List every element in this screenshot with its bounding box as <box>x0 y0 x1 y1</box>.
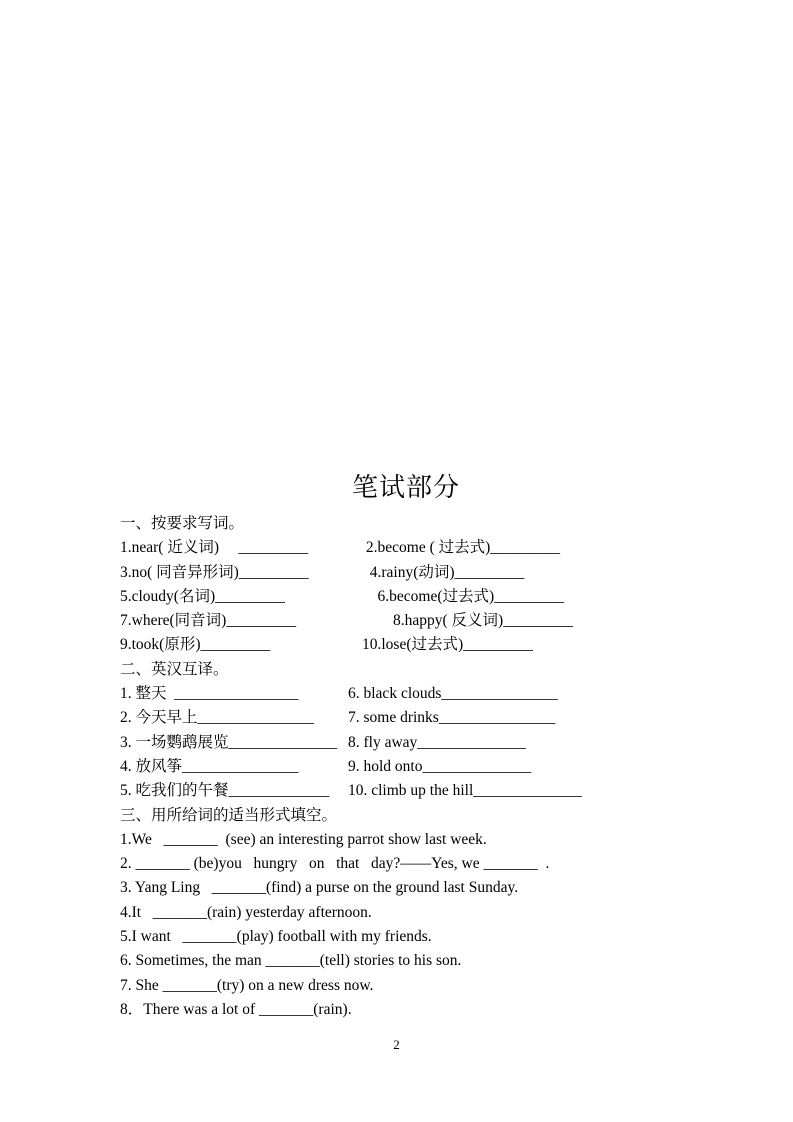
translate-item-4: 4. 放风筝_______________ <box>120 755 348 779</box>
word-item-9: 9.took(原形)_________ <box>120 633 362 657</box>
translate-item-10: 10. climb up the hill______________ <box>348 779 582 803</box>
fill-blank-sentence-8: 8．There was a lot of _______(rain). <box>120 998 692 1022</box>
section-one-row: 3.no( 同音异形词)_________ 4.rainy(动词)_______… <box>120 561 692 585</box>
section-two-row: 5. 吃我们的午餐_____________ 10. climb up the … <box>120 779 692 803</box>
word-item-5: 5.cloudy(名词)_________ <box>120 585 362 609</box>
section-three-heading: 三、用所给词的适当形式填空。 <box>120 804 692 828</box>
section-one-row: 5.cloudy(名词)_________ 6.become(过去式)_____… <box>120 585 692 609</box>
fill-blank-sentence-1: 1.We _______ (see) an interesting parrot… <box>120 828 692 852</box>
fill-blank-sentence-7: 7. She _______(try) on a new dress now. <box>120 974 692 998</box>
section-two-row: 3. 一场鹦鹉展览______________ 8. fly away_____… <box>120 731 692 755</box>
word-item-8: 8.happy( 反义词)_________ <box>362 609 573 633</box>
page-content: 一、按要求写词。 1.near( 近义词) _________ 2.become… <box>120 512 692 1022</box>
translate-item-9: 9. hold onto______________ <box>348 755 531 779</box>
fill-blank-sentence-2: 2. _______ (be)you hungry on that day?——… <box>120 852 692 876</box>
translate-item-2: 2. 今天早上_______________ <box>120 706 348 730</box>
section-two-row: 2. 今天早上_______________ 7. some drinks___… <box>120 706 692 730</box>
word-item-2: 2.become ( 过去式)_________ <box>362 536 560 560</box>
translate-item-1: 1. 整天 ________________ <box>120 682 348 706</box>
translate-item-7: 7. some drinks_______________ <box>348 706 555 730</box>
section-one-heading: 一、按要求写词。 <box>120 512 692 536</box>
fill-blank-sentence-3: 3. Yang Ling _______(find) a purse on th… <box>120 876 692 900</box>
word-item-1: 1.near( 近义词) _________ <box>120 536 362 560</box>
section-one-row: 7.where(同音词)_________ 8.happy( 反义词)_____… <box>120 609 692 633</box>
section-two-row: 4. 放风筝_______________ 9. hold onto______… <box>120 755 692 779</box>
translate-item-8: 8. fly away______________ <box>348 731 526 755</box>
fill-blank-sentence-5: 5.I want _______(play) football with my … <box>120 925 692 949</box>
section-two-row: 1. 整天 ________________ 6. black clouds__… <box>120 682 692 706</box>
section-one-row: 1.near( 近义词) _________ 2.become ( 过去式)__… <box>120 536 692 560</box>
translate-item-3: 3. 一场鹦鹉展览______________ <box>120 731 348 755</box>
section-one-row: 9.took(原形)_________ 10.lose(过去式)________… <box>120 633 692 657</box>
word-item-10: 10.lose(过去式)_________ <box>362 633 533 657</box>
fill-blank-sentence-4: 4.It _______(rain) yesterday afternoon. <box>120 901 692 925</box>
section-two-heading: 二、英汉互译。 <box>120 658 692 682</box>
word-item-6: 6.become(过去式)_________ <box>362 585 564 609</box>
page-number: 2 <box>0 1036 793 1054</box>
document-page: 笔试部分 一、按要求写词。 1.near( 近义词) _________ 2.b… <box>0 0 793 1122</box>
word-item-3: 3.no( 同音异形词)_________ <box>120 561 362 585</box>
translate-item-6: 6. black clouds_______________ <box>348 682 558 706</box>
word-item-7: 7.where(同音词)_________ <box>120 609 362 633</box>
fill-blank-sentence-6: 6. Sometimes, the man _______(tell) stor… <box>120 949 692 973</box>
word-item-4: 4.rainy(动词)_________ <box>362 561 524 585</box>
page-title: 笔试部分 <box>120 471 692 505</box>
translate-item-5: 5. 吃我们的午餐_____________ <box>120 779 348 803</box>
